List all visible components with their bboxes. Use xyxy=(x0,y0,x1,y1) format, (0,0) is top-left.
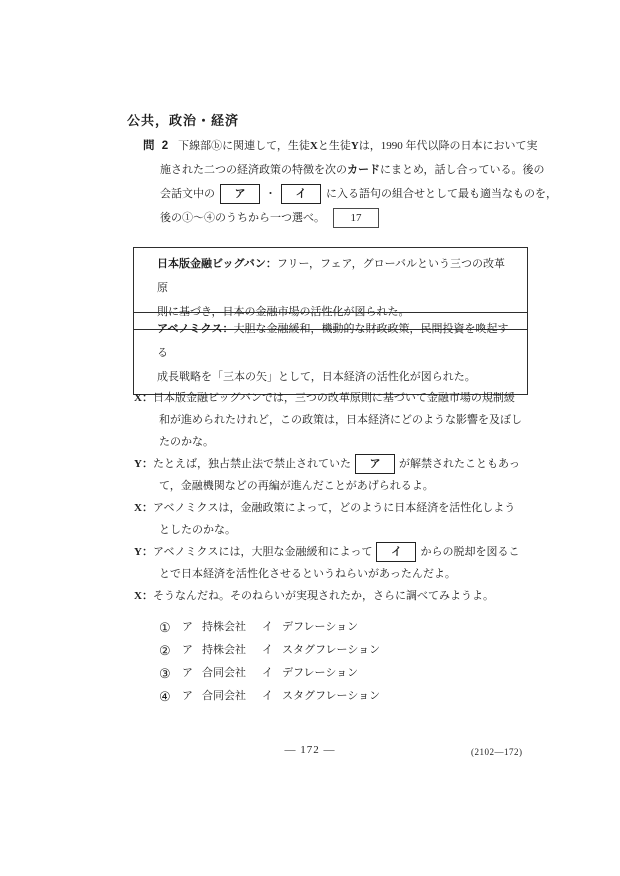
speaker-label: Y： xyxy=(134,541,153,563)
choice-i-value: デフレーション xyxy=(282,662,380,685)
dialogue-text: たのかな。 xyxy=(159,431,214,453)
choice-i-value: スタグフレーション xyxy=(282,639,380,662)
choice-i-key: イ xyxy=(262,662,282,685)
dialogue-text: たとえば，独占禁止法で禁止されていたアが解禁されたこともあっ xyxy=(153,453,520,475)
choice-number: ③ xyxy=(159,662,182,685)
card-title: アベノミクス： xyxy=(157,323,233,335)
choice-a-value: 持株会社 xyxy=(202,639,262,662)
choice-a-value: 合同会社 xyxy=(202,662,262,685)
speaker-label: X： xyxy=(134,497,153,519)
dialogue-line: としたのかな。 xyxy=(134,519,534,541)
student-x-label: X xyxy=(310,140,318,152)
question-text: に入る語句の組合せとして最も適当なものを， xyxy=(326,188,557,200)
choice-i-key: イ xyxy=(262,685,282,708)
card-keyword: カード xyxy=(347,164,380,176)
choice-a-value: 持株会社 xyxy=(202,616,262,639)
dialogue-text: としたのかな。 xyxy=(159,519,236,541)
choice-1: ①ア持株会社イデフレーション xyxy=(159,616,380,639)
exam-page: 公共，政治・経済 問 2下線部ⓑに関連して，生徒Xと生徒Yは，1990 年代以降… xyxy=(0,0,620,876)
question-line-1: 問 2下線部ⓑに関連して，生徒Xと生徒Yは，1990 年代以降の日本において実 xyxy=(143,134,543,158)
question-text: と生徒 xyxy=(318,140,351,152)
question-line-3: 会話文中のア・イに入る語句の組合せとして最も適当なものを， xyxy=(160,182,543,206)
choice-i-key: イ xyxy=(262,639,282,662)
question-line-4: 後の①～④のうちから一つ選べ。17 xyxy=(160,206,543,230)
print-code: (2102—172) xyxy=(471,747,523,757)
dialogue-text: とで日本経済を活性化させるというねらいがあったんだよ。 xyxy=(159,563,456,585)
dialogue-text: アベノミクスには，大胆な金融緩和によってイからの脱却を図るこ xyxy=(153,541,519,563)
speaker-label: X： xyxy=(134,585,153,607)
dialogue-block: X：日本版金融ビッグバンでは，三つの改革原則に基づいて金融市場の規制緩 和が進め… xyxy=(134,387,534,607)
card-line: 日本版金融ビッグバン：フリー，フェア，グローバルという三つの改革原 xyxy=(157,252,515,300)
choices-block: ①ア持株会社イデフレーション ②ア持株会社イスタグフレーション ③ア合同会社イデ… xyxy=(159,616,380,708)
blank-box-i: イ xyxy=(281,184,321,204)
dialogue-text: アベノミクスは，金融政策によって，どのように日本経済を活性化しよう xyxy=(153,497,515,519)
answer-number-box: 17 xyxy=(333,208,379,228)
question-text: 会話文中の xyxy=(160,188,215,200)
choice-number: ② xyxy=(159,639,182,662)
dialogue-line: たのかな。 xyxy=(134,431,534,453)
dialogue-line: X：アベノミクスは，金融政策によって，どのように日本経済を活性化しよう xyxy=(134,497,534,519)
dialogue-text: 和が進められたけれど，この政策は，日本経済にどのような影響を及ぼし xyxy=(159,409,522,431)
dialogue-text: 日本版金融ビッグバンでは，三つの改革原則に基づいて金融市場の規制緩 xyxy=(153,387,515,409)
choice-a-value: 合同会社 xyxy=(202,685,262,708)
dialogue-line: X：日本版金融ビッグバンでは，三つの改革原則に基づいて金融市場の規制緩 xyxy=(134,387,534,409)
dialogue-line: X：そうなんだね。そのねらいが実現されたか，さらに調べてみようよ。 xyxy=(134,585,534,607)
question-text: 後の①～④のうちから一つ選べ。 xyxy=(160,212,325,224)
question-text: 下線部ⓑに関連して，生徒 xyxy=(178,140,310,152)
choice-i-key: イ xyxy=(262,616,282,639)
dialogue-text: て，金融機関などの再編が進んだことがあげられるよ。 xyxy=(159,475,434,497)
choice-number: ④ xyxy=(159,685,182,708)
page-number: — 172 — xyxy=(0,744,620,756)
dialogue-line: Y：たとえば，独占禁止法で禁止されていたアが解禁されたこともあっ xyxy=(134,453,534,475)
choice-a-key: ア xyxy=(182,685,202,708)
speaker-label: Y： xyxy=(134,453,153,475)
question-text: 施された二つの経済政策の特徴を次の xyxy=(160,164,347,176)
choice-a-key: ア xyxy=(182,616,202,639)
dialogue-line: とで日本経済を活性化させるというねらいがあったんだよ。 xyxy=(134,563,534,585)
question-text: は，1990 年代以降の日本において実 xyxy=(359,140,538,152)
card-title: 日本版金融ビッグバン： xyxy=(157,258,277,270)
choice-number: ① xyxy=(159,616,182,639)
question-block: 問 2下線部ⓑに関連して，生徒Xと生徒Yは，1990 年代以降の日本において実 … xyxy=(143,134,543,230)
dialogue-line: て，金融機関などの再編が進んだことがあげられるよ。 xyxy=(134,475,534,497)
question-number-label: 問 2 xyxy=(143,140,170,152)
choice-a-key: ア xyxy=(182,662,202,685)
dialogue-text: アベノミクスには，大胆な金融緩和によって xyxy=(153,546,372,558)
question-text: にまとめ，話し合っている。後の xyxy=(380,164,545,176)
blank-box-a: ア xyxy=(220,184,260,204)
choice-i-value: デフレーション xyxy=(282,616,380,639)
choice-4: ④ア合同会社イスタグフレーション xyxy=(159,685,380,708)
choice-3: ③ア合同会社イデフレーション xyxy=(159,662,380,685)
dialogue-line: Y：アベノミクスには，大胆な金融緩和によってイからの脱却を図るこ xyxy=(134,541,534,563)
card-line: アベノミクス：大胆な金融緩和，機動的な財政政策，民間投資を喚起する xyxy=(157,317,515,365)
question-line-2: 施された二つの経済政策の特徴を次のカードにまとめ，話し合っている。後の xyxy=(160,158,543,182)
dialogue-text: からの脱却を図るこ xyxy=(420,546,519,558)
question-text: ・ xyxy=(265,188,276,200)
policy-card-abenomics: アベノミクス：大胆な金融緩和，機動的な財政政策，民間投資を喚起する 成長戦略を「… xyxy=(133,312,528,395)
choice-i-value: スタグフレーション xyxy=(282,685,380,708)
choice-2: ②ア持株会社イスタグフレーション xyxy=(159,639,380,662)
choice-a-key: ア xyxy=(182,639,202,662)
dialogue-text: たとえば，独占禁止法で禁止されていた xyxy=(153,458,351,470)
speaker-label: X： xyxy=(134,387,153,409)
dialogue-text: が解禁されたこともあっ xyxy=(399,458,520,470)
page-title: 公共，政治・経済 xyxy=(127,110,239,129)
blank-box-a: ア xyxy=(355,454,395,474)
card-line: 成長戦略を「三本の矢」として，日本経済の活性化が図られた。 xyxy=(157,365,515,389)
dialogue-text: そうなんだね。そのねらいが実現されたか，さらに調べてみようよ。 xyxy=(153,585,494,607)
blank-box-i: イ xyxy=(376,542,416,562)
student-y-label: Y xyxy=(351,140,359,152)
dialogue-line: 和が進められたけれど，この政策は，日本経済にどのような影響を及ぼし xyxy=(134,409,534,431)
